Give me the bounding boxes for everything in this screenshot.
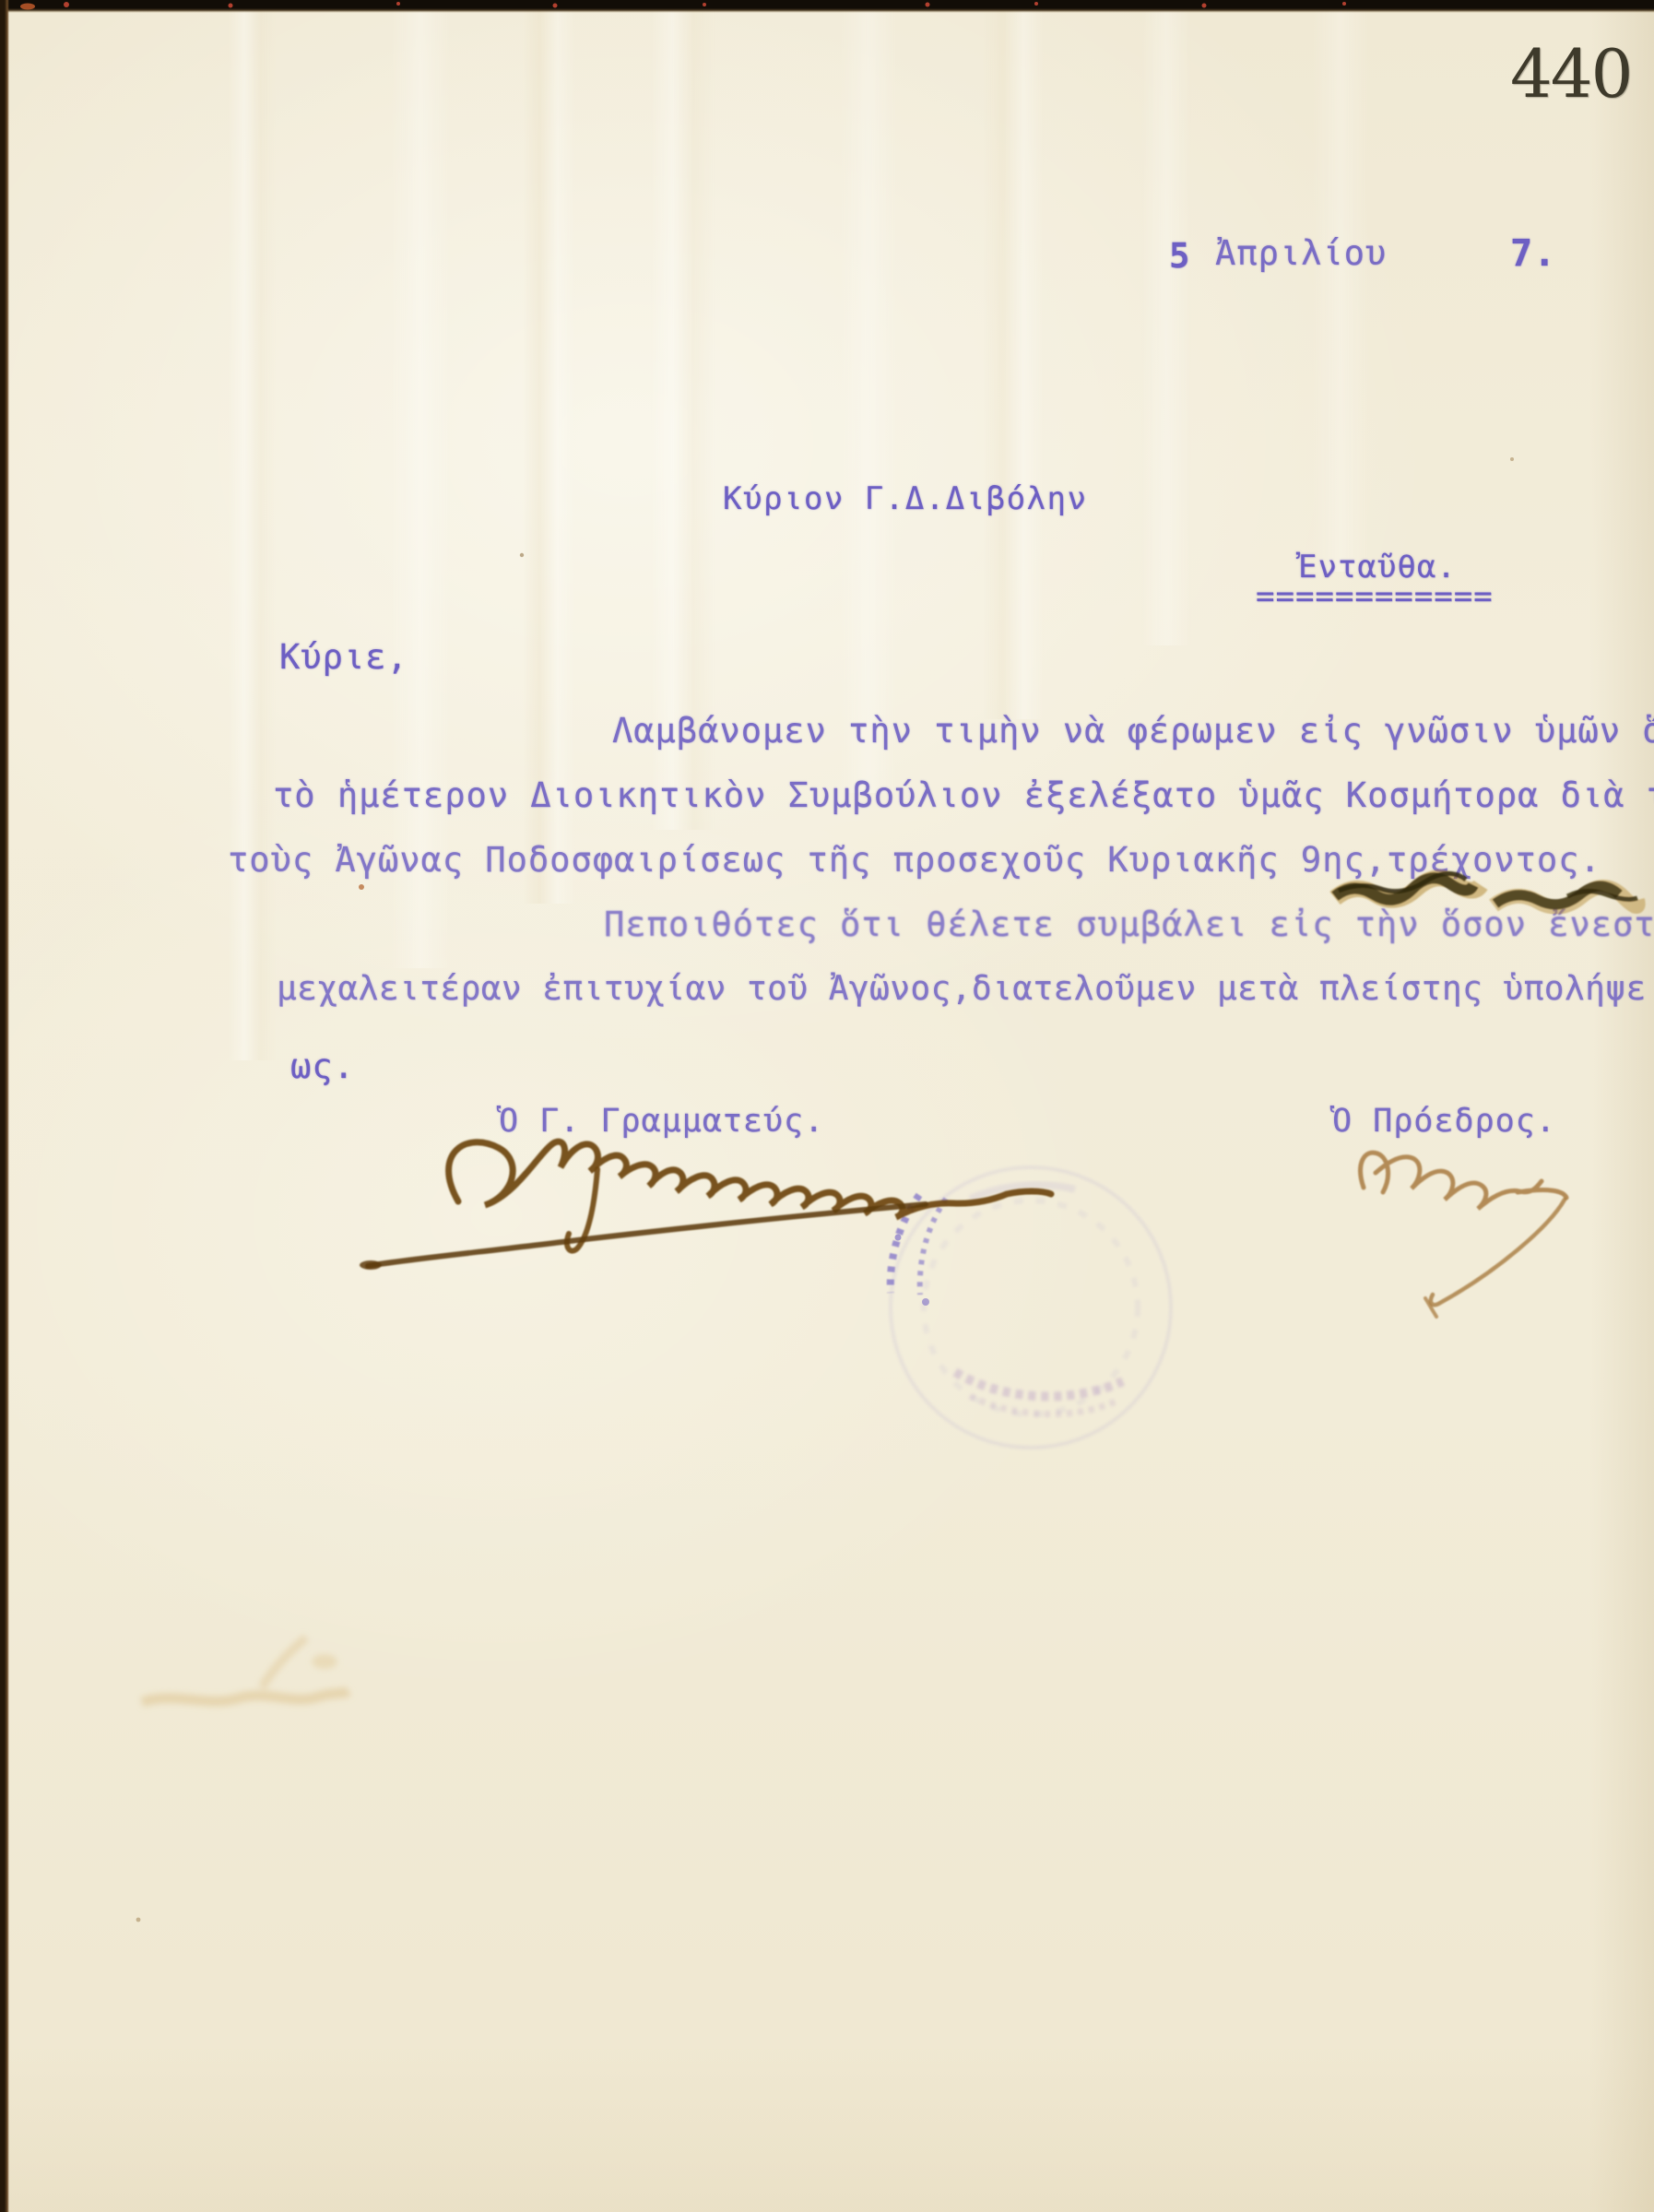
president-signature <box>1361 1153 1566 1317</box>
bottom-edge-shading <box>0 2046 1654 2212</box>
body-line: μεχαλειτέραν ἐπιτυχίαν τοῦ Ἀγῶνος,διατελ… <box>277 970 1647 1008</box>
right-edge-shading <box>1589 0 1654 2212</box>
body-line: ως. <box>290 1047 355 1087</box>
date-year-mark: 7. <box>1510 232 1556 275</box>
ghost-writing <box>142 1638 349 1702</box>
scan-top-edge <box>0 0 1654 13</box>
date-month: Ἀπριλίου <box>1215 234 1387 274</box>
body-line: τὸ ἡμέτερον Διοικητικὸν Συμβούλιον ἐξελέ… <box>273 776 1654 816</box>
secretary-signature <box>360 1141 1051 1270</box>
body-line: Πεποιθότες ὅτι θέλετε συμβάλει εἰς τὴν ὅ… <box>604 905 1654 945</box>
date-day: 5 <box>1169 237 1190 277</box>
president-title: Ὁ Πρόεδρος. <box>1332 1103 1556 1140</box>
page-number: 440 <box>1510 35 1631 112</box>
secretary-title: Ὁ Γ. Γραμματεύς. <box>499 1103 824 1140</box>
recipient-line: Κύριον Γ.Δ.Διβόλην <box>723 481 1087 517</box>
official-stamp <box>891 1167 1171 1448</box>
location-underline: ============ <box>1256 579 1494 615</box>
salutation: Κύριε, <box>279 638 408 678</box>
body-line: τοὺς Ἀγῶνας Ποδοσφαιρίσεως τῆς προσεχοῦς… <box>228 841 1601 881</box>
scanned-letter-page: 440 5 Ἀπριλίου 7. Κύριον Γ.Δ.Διβόλην Ἐντ… <box>0 0 1654 2212</box>
scan-left-edge <box>0 0 9 2212</box>
body-line: Λαμβάνομεν τὴν τιμὴν νὰ φέρωμεν εἰς γνῶσ… <box>612 712 1654 751</box>
